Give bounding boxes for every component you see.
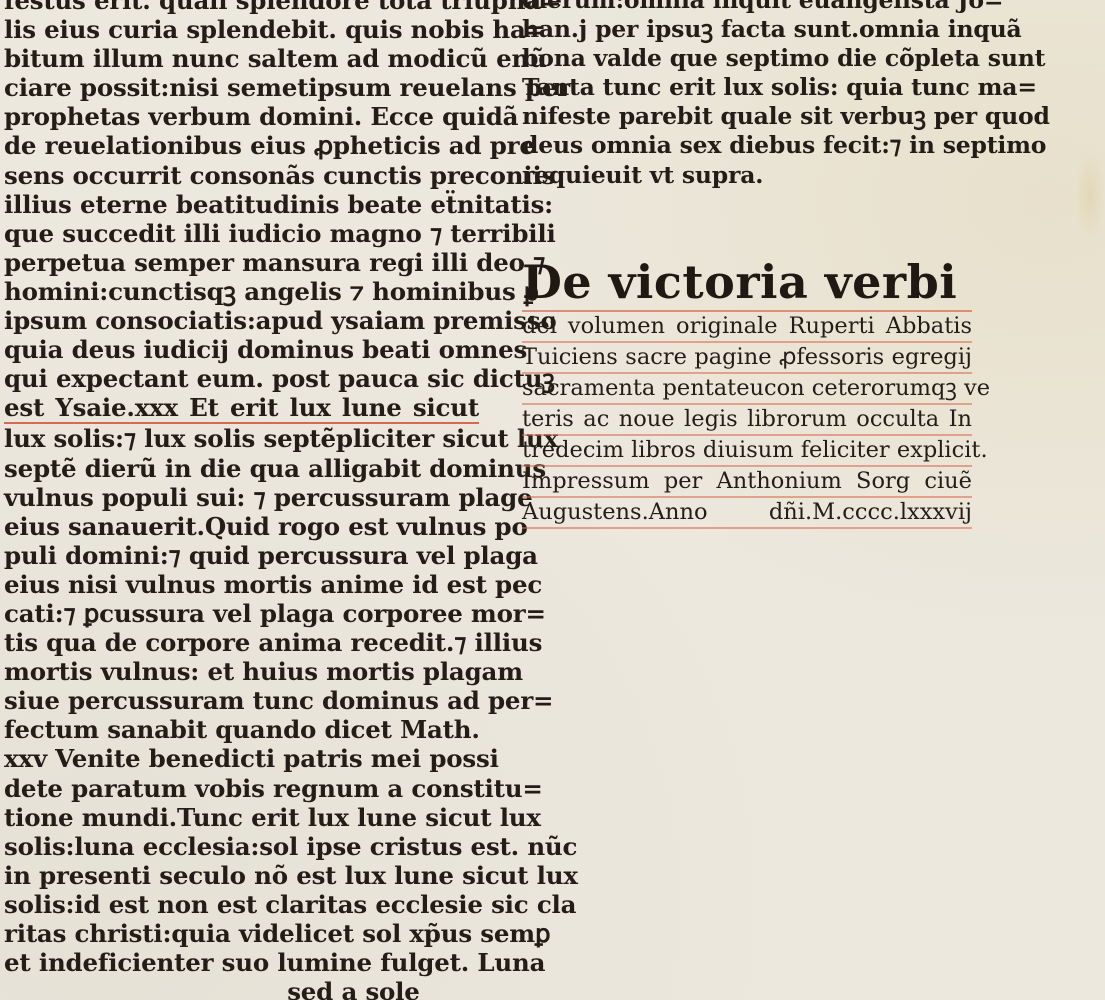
colophon-line-date: Augustens.Anno dñi.M.cccc.lxxxvij	[522, 498, 972, 529]
text-line: ipsum consociatis:apud ysaiam premisso	[4, 306, 479, 335]
text-line-cut-off: sed a sole	[4, 977, 479, 1000]
text-line: dete paratum vobis regnum a constitu=	[4, 774, 479, 803]
text-line: qui expectant eum. post pauca sic dictuꝫ	[4, 364, 479, 393]
text-line: lux solis:⁊ lux solis septẽpliciter sicu…	[4, 424, 479, 453]
text-line: in presenti seculo nõ est lux lune sicut…	[4, 861, 479, 890]
text-line: quia deus iudicij dominus beati omnes	[4, 335, 479, 364]
colophon-line: Impressum per Anthonium Sorg ciuẽ	[522, 467, 972, 498]
right-text-column: dierum:omnia inquit euangelista Jo= han.…	[522, 0, 977, 190]
colophon-text: dei volumen originale Ruperti Abbatis Tu…	[522, 312, 972, 529]
text-line: eius nisi vulnus mortis anime id est pec	[4, 570, 479, 599]
colophon-line: Tuiciens sacre pagine ꝓfessoris egregij	[522, 343, 972, 374]
text-line-isaiah-reference: est Ysaie.xxx Et erit lux lune sicut	[4, 393, 479, 424]
paper-stain	[1075, 150, 1105, 240]
text-line: septẽ dierũ in die qua alligabit dominus	[4, 454, 479, 483]
colophon-line: dei volumen originale Ruperti Abbatis	[522, 312, 972, 343]
text-line: que succedit illi iudicio magno ⁊ terrib…	[4, 219, 479, 248]
left-text-column: festus erit. quali splendore tota triuph…	[4, 0, 479, 1000]
text-line: solis:luna ecclesia:sol ipse cristus est…	[4, 832, 479, 861]
colophon-line: sacramenta pentateucon ceterorumqꝫ ve	[522, 374, 972, 405]
text-line: illius eterne beatitudinis beate eẗnitat…	[4, 190, 479, 219]
text-line: mortis vulnus: et huius mortis plagam	[4, 657, 479, 686]
text-line: bitum illum nunc saltem ad modicũ enũ	[4, 44, 479, 73]
text-line: cati:⁊ ꝑcussura vel plaga corporee mor=	[4, 599, 479, 628]
text-line: siue percussuram tunc dominus ad per=	[4, 686, 479, 715]
text-line: ritas christi:quia videlicet sol xp̃us s…	[4, 919, 479, 948]
text-line: puli domini:⁊ quid percussura vel plaga	[4, 541, 479, 570]
text-line: han.j per ipsuꝫ facta sunt.omnia inquã	[522, 15, 977, 44]
text-line: homini:cunctisqꝫ angelis ⁊ hominibus ꝑ	[4, 277, 479, 306]
text-line: requieuit vt supra.	[522, 161, 977, 190]
text-line-matthew-reference: fectum sanabit quando dicet Math.	[4, 715, 479, 744]
text-line: ciare possit:nisi semetipsum reuelans pe…	[4, 73, 479, 102]
paper-page: festus erit. quali splendore tota triuph…	[0, 0, 1105, 1000]
text-line: tione mundi.Tunc erit lux lune sicut lux	[4, 803, 479, 832]
colophon-block: De victoria verbi dei volumen originale …	[522, 254, 972, 529]
text-line: xxv Venite benedicti patris mei possi	[4, 744, 479, 773]
text-line: festus erit. quali splendore tota triuph…	[4, 0, 479, 15]
text-line: prophetas verbum domini. Ecce quidã	[4, 102, 479, 131]
text-line: perpetua semper mansura regi illi deo ⁊	[4, 248, 479, 277]
text-line: nifeste parebit quale sit verbuꝫ per quo…	[522, 102, 977, 131]
colophon-heading: De victoria verbi	[522, 254, 972, 312]
text-line: tis qua de corpore anima recedit.⁊ illiu…	[4, 628, 479, 657]
text-line: vulnus populi sui: ⁊ percussuram plage	[4, 483, 479, 512]
text-line: de reuelationibus eius ꝓpheticis ad pre	[4, 131, 479, 160]
text-line: bona valde que septimo die cõpleta sunt	[522, 44, 977, 73]
text-line: eius sanauerit.Quid rogo est vulnus po	[4, 512, 479, 541]
text-line: deus omnia sex diebus fecit:⁊ in septimo	[522, 131, 977, 160]
text-line: sens occurrit consonãs cunctis preconiis	[4, 161, 479, 190]
text-line-john-reference: dierum:omnia inquit euangelista Jo=	[522, 0, 977, 15]
text-line: solis:id est non est claritas ecclesie s…	[4, 890, 479, 919]
text-line: et indeficienter suo lumine fulget. Luna	[4, 948, 479, 977]
text-line: Tanta tunc erit lux solis: quia tunc ma=	[522, 73, 977, 102]
text-line: lis eius curia splendebit. quis nobis ha…	[4, 15, 479, 44]
colophon-line: teris ac noue legis librorum occulta In	[522, 405, 972, 436]
colophon-line: tredecim libros diuisum feliciter explic…	[522, 436, 972, 467]
